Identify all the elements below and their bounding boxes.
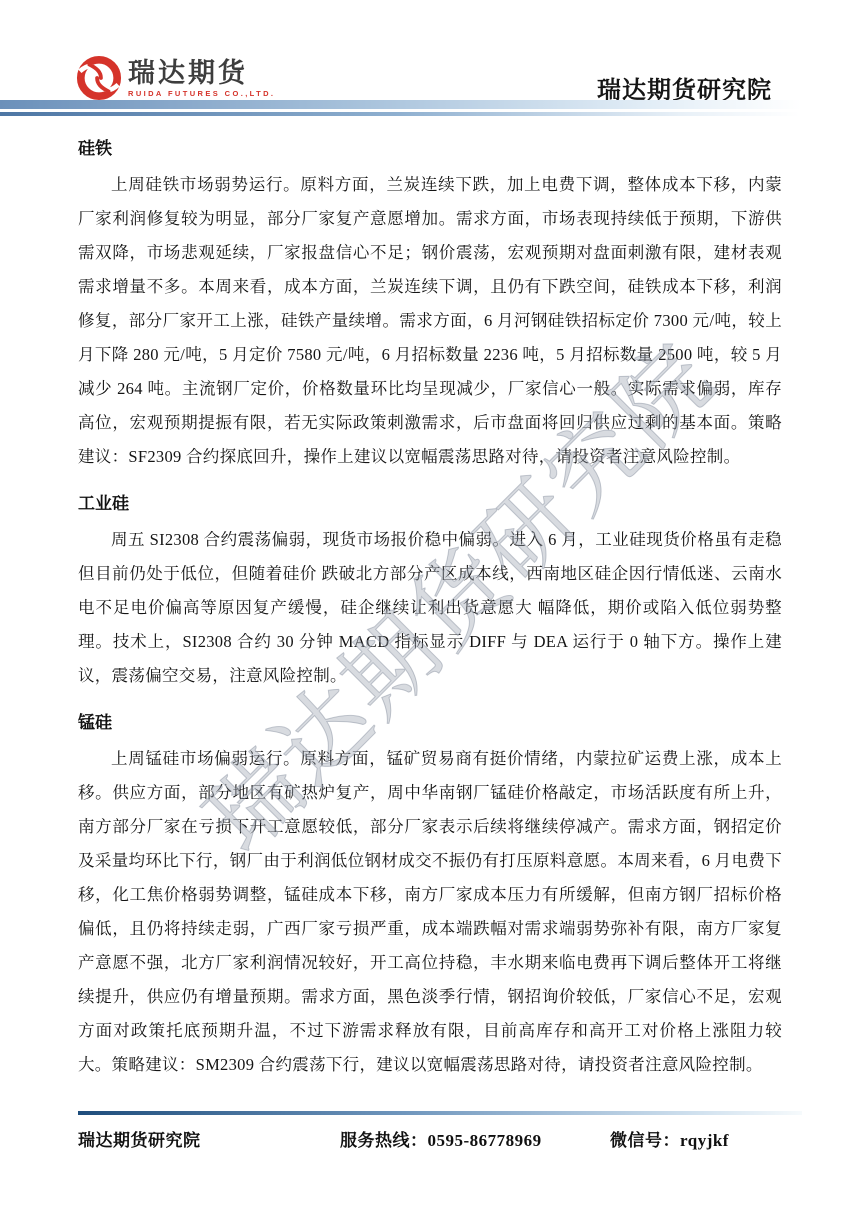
- section-industrial-silicon: 工业硅 周五 SI2308 合约震荡偏弱，现货市场报价稳中偏弱。进入 6 月，工…: [78, 493, 782, 693]
- section-heading: 工业硅: [78, 493, 782, 515]
- ruida-logo-icon: [76, 55, 122, 101]
- footer-wechat: 微信号：rqyjkf: [610, 1126, 729, 1151]
- section-paragraph: 上周锰硅市场偏弱运行。原料方面，锰矿贸易商有挺价情绪，内蒙拉矿运费上涨，成本上移…: [78, 742, 782, 1082]
- company-logo: 瑞达期货 RUIDA FUTURES CO.,LTD.: [76, 55, 275, 101]
- footer-institute: 瑞达期货研究院: [78, 1126, 201, 1151]
- header-rule-sub: [0, 112, 800, 116]
- section-heading: 硅铁: [78, 138, 782, 160]
- brand-name-cn: 瑞达期货: [128, 58, 275, 88]
- footer-rule: [78, 1111, 802, 1115]
- report-body: 硅铁 上周硅铁市场弱势运行。原料方面，兰炭连续下跌，加上电费下调，整体成本下移，…: [78, 138, 782, 1082]
- report-page: 瑞达期货 RUIDA FUTURES CO.,LTD. 瑞达期货研究院 硅铁 上…: [0, 0, 860, 1217]
- header-rule-main: [0, 100, 818, 109]
- logo-text: 瑞达期货 RUIDA FUTURES CO.,LTD.: [128, 58, 275, 98]
- section-silicomanganese: 锰硅 上周锰硅市场偏弱运行。原料方面，锰矿贸易商有挺价情绪，内蒙拉矿运费上涨，成…: [78, 712, 782, 1082]
- section-heading: 锰硅: [78, 712, 782, 734]
- footer-hotline: 服务热线：0595-86778969: [340, 1126, 542, 1151]
- section-paragraph: 上周硅铁市场弱势运行。原料方面，兰炭连续下跌，加上电费下调，整体成本下移，内蒙厂…: [78, 168, 782, 474]
- brand-name-en: RUIDA FUTURES CO.,LTD.: [128, 89, 275, 98]
- section-paragraph: 周五 SI2308 合约震荡偏弱，现货市场报价稳中偏弱。进入 6 月，工业硅现货…: [78, 523, 782, 693]
- section-ferrosilicon: 硅铁 上周硅铁市场弱势运行。原料方面，兰炭连续下跌，加上电费下调，整体成本下移，…: [78, 138, 782, 474]
